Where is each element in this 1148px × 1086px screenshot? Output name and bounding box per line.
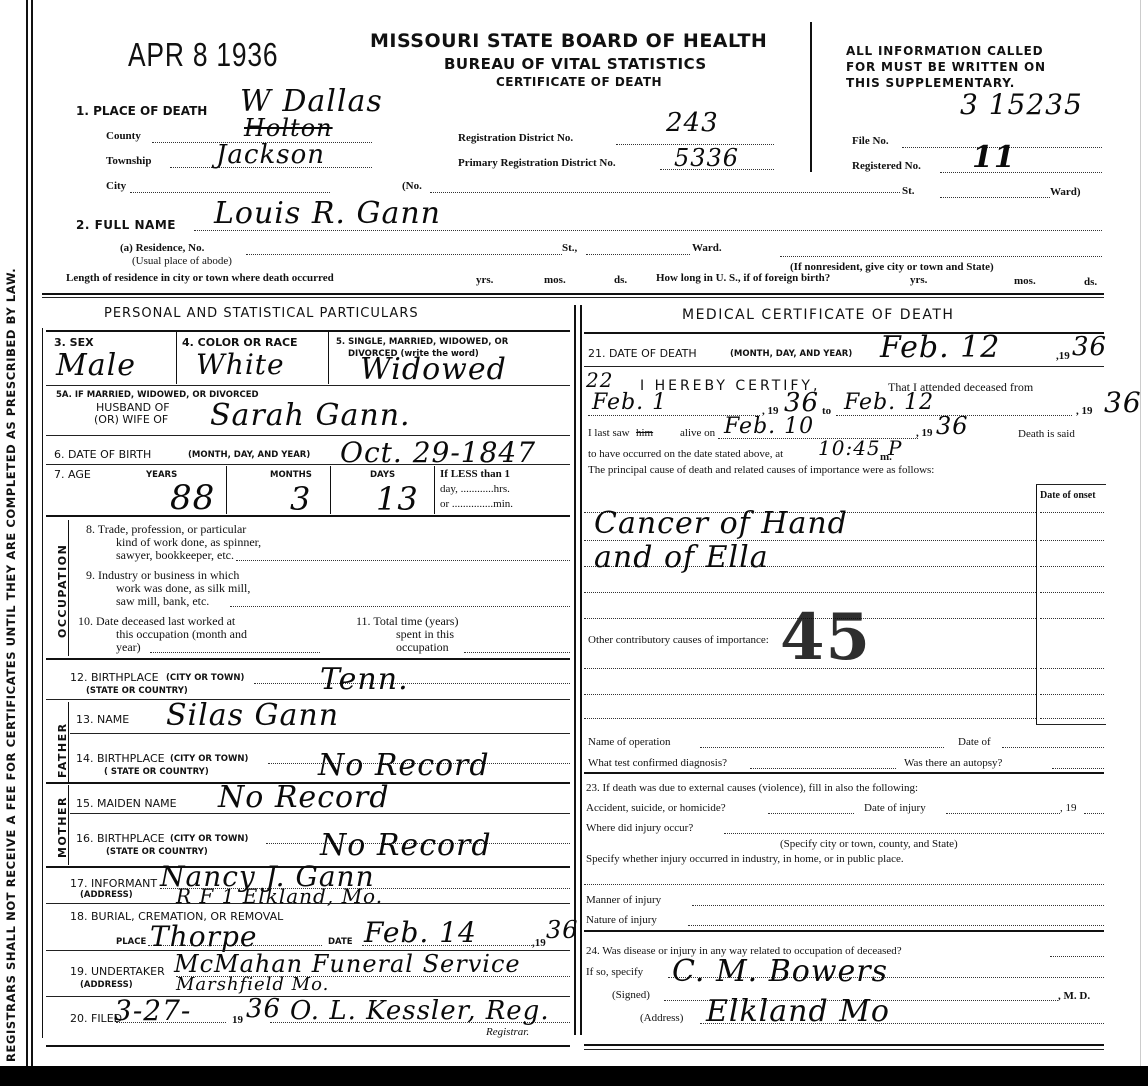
coding-stamp-number: 45 [780, 600, 871, 675]
mother-maiden-label: 15. MAIDEN NAME [76, 797, 177, 810]
age-years-value: 88 [170, 478, 215, 518]
manner-of-injury-label: Manner of injury [586, 894, 661, 906]
alive-on-label: alive on [680, 427, 715, 439]
md-label: , M. D. [1058, 990, 1090, 1002]
registration-district-value: 243 [666, 108, 719, 138]
dod-year-value: 36 [1072, 332, 1107, 362]
birthplace-value: Tenn. [320, 662, 409, 697]
race-value: White [196, 348, 285, 381]
diagnosis-test-label: What test confirmed diagnosis? [588, 757, 727, 769]
place-of-death-label: 1. PLACE OF DEATH [76, 104, 207, 118]
dob-label: 6. DATE OF BIRTH [54, 448, 151, 461]
foreign-ds: ds. [1084, 276, 1097, 288]
last-saw-pronoun: him [636, 427, 653, 439]
full-name-value: Louis R. Gann [214, 196, 441, 231]
left-border-outer [26, 0, 28, 1066]
autopsy-label: Was there an autopsy? [904, 757, 1002, 769]
filed-year-prefix: 19 [232, 1014, 243, 1026]
personal-section-title: PERSONAL AND STATISTICAL PARTICULARS [104, 306, 419, 321]
burial-date-value: Feb. 14 [364, 916, 477, 949]
age-label: 7. AGE [54, 468, 91, 481]
attended-from-value: Feb. 1 [592, 390, 667, 415]
date-of-onset-label: Date of onset [1040, 490, 1096, 501]
accident-label: Accident, suicide, or homicide? [586, 802, 726, 814]
undertaker-label: 19. UNDERTAKER [70, 965, 165, 978]
residence-label: (a) Residence, No. [120, 242, 204, 254]
foreign-birth-label: How long in U. S., if of foreign birth? [656, 272, 830, 284]
operation-date-label: Date of [958, 736, 991, 748]
age-months-value: 3 [290, 480, 311, 518]
burial-place-label: PLACE [116, 937, 146, 947]
dod-sublabel: (MONTH, DAY, AND YEAR) [730, 349, 852, 359]
notice-line-2: FOR MUST BE WRITTEN ON [846, 60, 1046, 74]
q8-label-3: sawyer, bookkeeper, etc. [116, 548, 234, 563]
county-label: County [106, 130, 141, 142]
marital-status-label: 5. SINGLE, MARRIED, WIDOWED, OR [336, 337, 508, 347]
alive-on-year-prefix: , 19 [916, 427, 933, 439]
file-no-value: 3 15235 [960, 88, 1083, 121]
registered-no-value: 11 [972, 140, 1016, 175]
contributory-causes-label: Other contributory causes of importance: [588, 634, 769, 646]
signed-label: (Signed) [612, 989, 650, 1001]
nature-of-injury-label: Nature of injury [586, 914, 657, 926]
q9-label-3: saw mill, bank, etc. [116, 594, 209, 609]
primary-registration-value: 5336 [674, 144, 739, 172]
dob-sublabel: (MONTH, DAY, AND YEAR) [188, 450, 310, 460]
father-birthplace-value: No Record [318, 748, 490, 783]
birthplace-label: 12. BIRTHPLACE [70, 671, 159, 684]
dod-label: 21. DATE OF DEATH [588, 347, 697, 360]
county-value: Holton [244, 114, 333, 142]
wife-of-label: (OR) WIFE OF [94, 413, 168, 426]
q11-label-3: occupation [396, 640, 449, 655]
time-suffix: m. [880, 451, 892, 463]
registrar-fee-notice: REGISTRARS SHALL NOT RECEIVE A FEE FOR C… [4, 268, 18, 1062]
mother-maiden-value: No Record [218, 780, 390, 815]
father-birthplace-state-sublabel: ( STATE OR COUNTRY) [104, 767, 209, 777]
dod-year-prefix: ,19 [1056, 350, 1070, 362]
hours-field: day, ............hrs. [440, 483, 510, 495]
attended-to-year-prefix: , 19 [1076, 405, 1093, 417]
days-label: DAYS [370, 470, 395, 480]
certify-number: 22 [586, 368, 613, 392]
physician-address-label: (Address) [640, 1012, 683, 1024]
physician-signature: C. M. Bowers [672, 954, 888, 989]
cause-of-death-line-2: and of Ella [594, 540, 769, 575]
burial-year-value: 36 [546, 916, 579, 944]
undertaker-address-label: (ADDRESS) [80, 980, 133, 990]
less-than-day-label: If LESS than 1 [440, 468, 510, 480]
filed-date-value: 3-27- [114, 994, 191, 1027]
injury-year-prefix: , 19 [1060, 802, 1077, 814]
spouse-value: Sarah Gann. [210, 398, 411, 433]
filed-year-value: 36 [246, 994, 281, 1024]
mother-birthplace-label: 16. BIRTHPLACE [76, 832, 165, 845]
injury-place-type-label: Specify whether injury occurred in indus… [586, 853, 904, 865]
alive-on-year: 36 [936, 412, 969, 440]
last-saw-label: I last saw [588, 427, 630, 439]
alive-on-value: Feb. 10 [724, 414, 814, 439]
attended-to-year: 36 [1104, 386, 1142, 419]
sex-value: Male [56, 348, 136, 383]
full-name-label: 2. FULL NAME [76, 218, 176, 232]
medical-section-title: MEDICAL CERTIFICATE OF DEATH [682, 307, 954, 323]
injury-location-label: Where did injury occur? [586, 822, 693, 834]
received-date-stamp: APR 8 1936 [128, 36, 278, 74]
foreign-yrs: yrs. [910, 274, 927, 286]
marital-status-value: Widowed [360, 352, 507, 387]
township-label: Township [106, 155, 151, 167]
months-label: MONTHS [270, 470, 312, 480]
street-number-label: (No. [402, 180, 422, 192]
ward-label: Ward) [1050, 186, 1081, 198]
residence-ward-label: Ward. [692, 242, 722, 254]
board-title: MISSOURI STATE BOARD OF HEALTH [370, 30, 767, 52]
registration-district-label: Registration District No. [458, 132, 573, 144]
residence-ds: ds. [614, 274, 627, 286]
mother-birthplace-state-sublabel: (STATE OR COUNTRY) [106, 847, 208, 857]
township-value: Jackson [216, 140, 325, 170]
mother-birthplace-value: No Record [320, 828, 492, 863]
mother-birthplace-city-sublabel: (CITY OR TOWN) [170, 834, 248, 844]
father-birthplace-label: 14. BIRTHPLACE [76, 752, 165, 765]
residence-sublabel: (Usual place of abode) [132, 255, 232, 267]
physician-address-value: Elkland Mo [706, 994, 890, 1029]
external-causes-label: 23. If death was due to external causes … [586, 782, 918, 794]
registrar-label: Registrar. [486, 1026, 529, 1038]
father-name-value: Silas Gann [166, 698, 339, 733]
foreign-mos: mos. [1014, 275, 1036, 287]
injury-date-label: Date of injury [864, 802, 926, 814]
street-label: St. [902, 185, 915, 197]
informant-address-value: R F 1 Elkland, Mo. [176, 884, 383, 908]
length-residence-label: Length of residence in city or town wher… [66, 272, 334, 284]
q10-label-3: year) [116, 640, 141, 655]
operation-label: Name of operation [588, 736, 670, 748]
cause-of-death-line-1: Cancer of Hand [594, 506, 848, 541]
registrar-signature: O. L. Kessler, Reg. [290, 996, 550, 1026]
primary-registration-label: Primary Registration District No. [458, 157, 616, 169]
age-days-value: 13 [376, 480, 419, 518]
informant-address-label: (ADDRESS) [80, 890, 133, 900]
column-divider-right [580, 305, 582, 1035]
dod-value: Feb. 12 [880, 330, 1000, 365]
residence-st-label: St., [562, 242, 577, 254]
injury-location-sublabel: (Specify city or town, county, and State… [780, 838, 958, 850]
undertaker-address-value: Marshfield Mo. [176, 974, 329, 995]
file-no-label: File No. [852, 135, 889, 147]
burial-year-prefix: ,19 [532, 937, 546, 949]
city-label: City [106, 180, 126, 192]
if-so-specify-label: If so, specify [586, 966, 643, 978]
father-birthplace-city-sublabel: (CITY OR TOWN) [170, 754, 248, 764]
death-is-said-label: Death is said [1018, 428, 1075, 440]
bureau-subtitle: BUREAU OF VITAL STATISTICS [444, 55, 707, 73]
notice-line-1: ALL INFORMATION CALLED [846, 44, 1043, 58]
attended-to-value: Feb. 12 [844, 390, 934, 415]
residence-mos: mos. [544, 274, 566, 286]
form-name: CERTIFICATE OF DEATH [496, 75, 662, 89]
left-border-inner [31, 0, 33, 1066]
death-certificate: REGISTRARS SHALL NOT RECEIVE A FEE FOR C… [0, 0, 1148, 1066]
attended-to-label: to [822, 405, 831, 417]
principal-cause-label: The principal cause of death and related… [588, 464, 934, 476]
residence-yrs: yrs. [476, 274, 493, 286]
father-name-label: 13. NAME [76, 713, 129, 726]
birthplace-city-sublabel: (CITY OR TOWN) [166, 673, 244, 683]
registered-no-label: Registered No. [852, 160, 921, 172]
informant-label: 17. INFORMANT [70, 877, 157, 890]
burial-place-value: Thorpe [150, 920, 257, 953]
minutes-field: or ...............min. [440, 498, 513, 510]
burial-date-label: DATE [328, 937, 353, 947]
occurred-at-label: to have occurred on the date stated abov… [588, 448, 783, 460]
birthplace-state-sublabel: (STATE OR COUNTRY) [86, 686, 188, 696]
header-divider [810, 22, 812, 172]
